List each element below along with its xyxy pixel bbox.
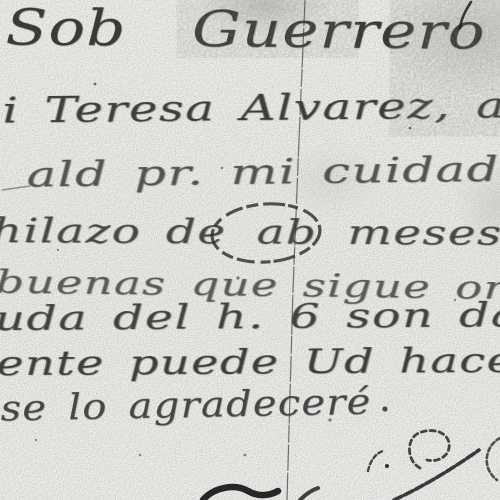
handwritten-line-6: uda del h. 6 son dado [0, 295, 500, 339]
line-4-pre: hilazo de [0, 211, 227, 252]
signature-rubric [368, 431, 500, 500]
partial-bottom-stroke [203, 487, 318, 500]
handwritten-line-2: i Teresa Alvarez, ad [2, 84, 500, 132]
handwritten-line-7: ente puede Ud hacer a [0, 340, 500, 384]
handwritten-line-3: ald pr. mi cuidad [26, 149, 500, 196]
line-4-post: meses pr [347, 213, 500, 254]
handwritten-line-1: Sob Guerrero [5, 0, 486, 60]
handwritten-line-4: hilazo de ab meses pr [0, 211, 500, 254]
handwritten-line-8: se lo agradeceré [0, 381, 372, 430]
circled-word: ab [251, 212, 323, 252]
document-scan: Sob Guerrero i Teresa Alvarez, ad ald pr… [0, 0, 500, 500]
